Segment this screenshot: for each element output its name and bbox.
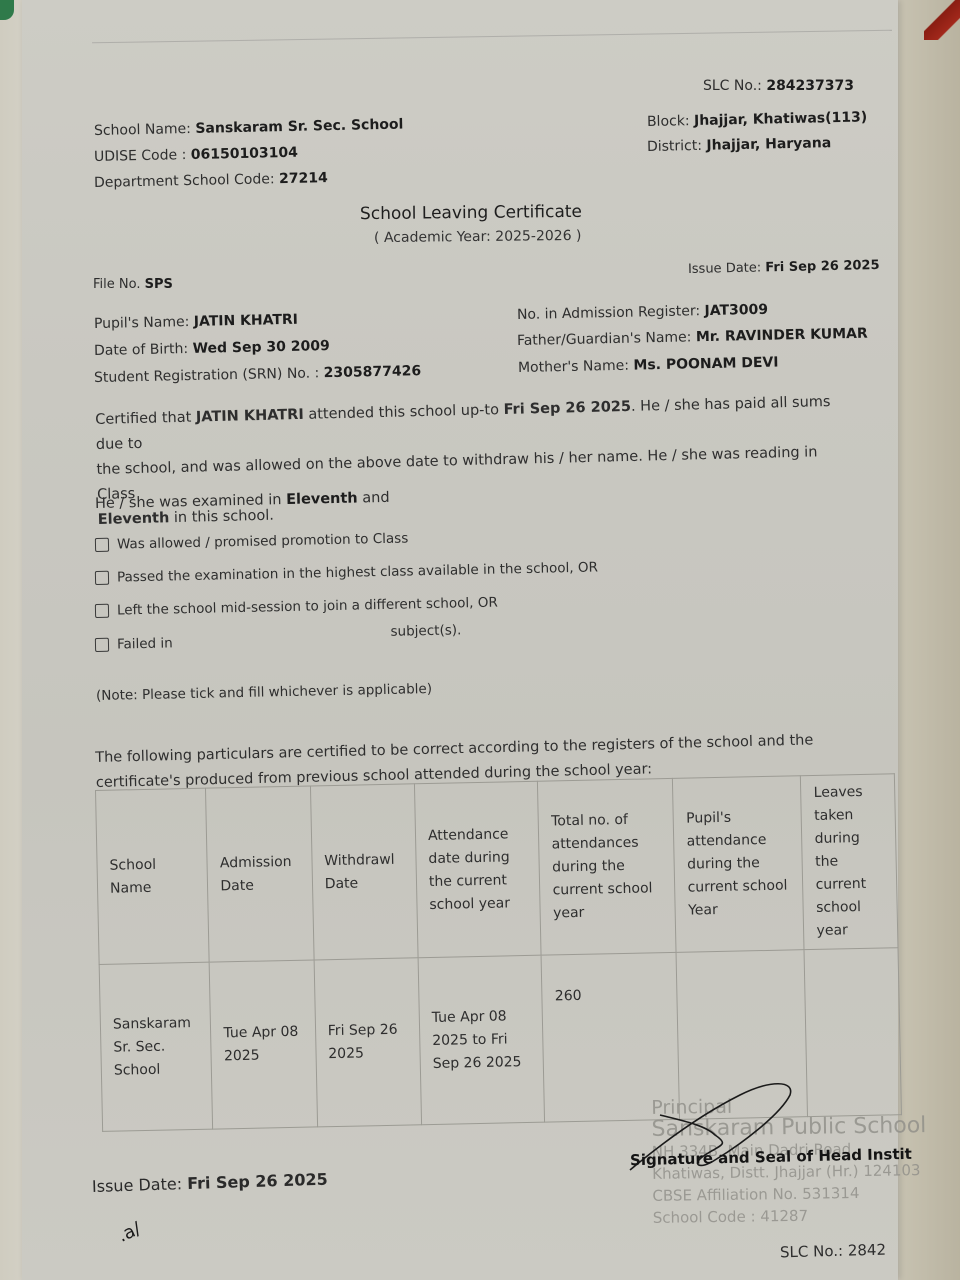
col-attendance-date: Attendance date during the current schoo…: [414, 781, 541, 958]
col-withdrawl-date: Withdrawl Date: [310, 784, 418, 960]
stamp-line: School Code : 41287: [653, 1203, 928, 1229]
mother-name-value: Ms. POONAM DEVI: [633, 355, 778, 374]
issue-date-value: Fri Sep 26 2025: [765, 258, 880, 275]
admission-register-value: JAT3009: [704, 302, 768, 319]
udise-label: UDISE Code :: [94, 147, 187, 165]
cert-date: Fri Sep 26 2025: [503, 399, 631, 418]
cell-attendance-date: Tue Apr 08 2025 to Fri Sep 26 2025: [418, 955, 545, 1125]
checkbox[interactable]: [95, 604, 109, 618]
certificate-title: School Leaving Certificate: [360, 202, 582, 224]
red-object-corner: [924, 0, 960, 40]
col-total-attendances: Total no. of attendances during the curr…: [538, 778, 677, 955]
checkbox[interactable]: [95, 638, 109, 652]
handwritten-signature: [620, 1075, 820, 1195]
option-label: Failed in: [117, 635, 173, 652]
pupil-name-label: Pupil's Name:: [94, 314, 190, 332]
slc-number-bottom: SLC No.: 2842: [780, 1241, 886, 1262]
dob-value: Wed Sep 30 2009: [192, 338, 329, 357]
col-pupil-attendance: Pupil's attendance during the current sc…: [673, 776, 805, 953]
exam-class: Eleventh: [286, 490, 358, 507]
school-name-label: School Name:: [94, 121, 191, 139]
cert-text: Certified that: [95, 410, 196, 428]
background-right: [900, 0, 960, 1280]
cert-class: Eleventh: [98, 510, 170, 528]
dob-label: Date of Birth:: [94, 341, 189, 359]
cell-admission-date: Tue Apr 08 2025: [210, 960, 318, 1129]
slc-number: SLC No.: 284237373: [703, 78, 854, 94]
pupil-name-value: JATIN KHATRI: [194, 312, 298, 330]
issue-date-label: Issue Date:: [688, 260, 762, 277]
col-admission-date: Admission Date: [206, 786, 314, 962]
academic-year: ( Academic Year: 2025-2026 ): [374, 228, 582, 246]
file-no-value: SPS: [145, 277, 173, 292]
cert-text: in this school.: [169, 508, 274, 527]
cell-school-name: Sanskaram Sr. Sec. School: [99, 962, 213, 1131]
block-label: Block:: [647, 113, 690, 130]
col-leaves-taken: Leaves taken during the current school y…: [801, 774, 898, 950]
cell-withdrawl-date: Fri Sep 26 2025: [314, 958, 422, 1127]
col-school-name: School Name: [96, 788, 210, 964]
table-header-row: School Name Admission Date Withdrawl Dat…: [96, 774, 898, 965]
cert-pupil-name: JATIN KHATRI: [196, 407, 304, 426]
srn-value: 2305877426: [324, 363, 422, 381]
slc-value: 284237373: [766, 78, 854, 94]
mother-name-label: Mother's Name:: [518, 358, 629, 376]
file-number: File No. SPS: [93, 277, 173, 292]
slc-label: SLC No.:: [703, 78, 762, 94]
checkbox[interactable]: [95, 538, 109, 552]
option-suffix: subject(s).: [390, 622, 461, 639]
certification-paragraph: Certified that JATIN KHATRI attended thi…: [95, 389, 858, 533]
district-value: Jhajjar, Haryana: [706, 135, 831, 154]
udise-value: 06150103104: [191, 145, 298, 163]
cert-text: attended this school up-to: [304, 402, 504, 423]
checkbox[interactable]: [95, 571, 109, 585]
issue-date-label: Issue Date:: [92, 1174, 183, 1196]
paper-fold-line: [92, 30, 892, 44]
exam-text: and: [358, 490, 390, 507]
dept-code-value: 27214: [279, 170, 328, 187]
file-no-label: File No.: [93, 277, 140, 292]
district-label: District:: [647, 138, 702, 155]
